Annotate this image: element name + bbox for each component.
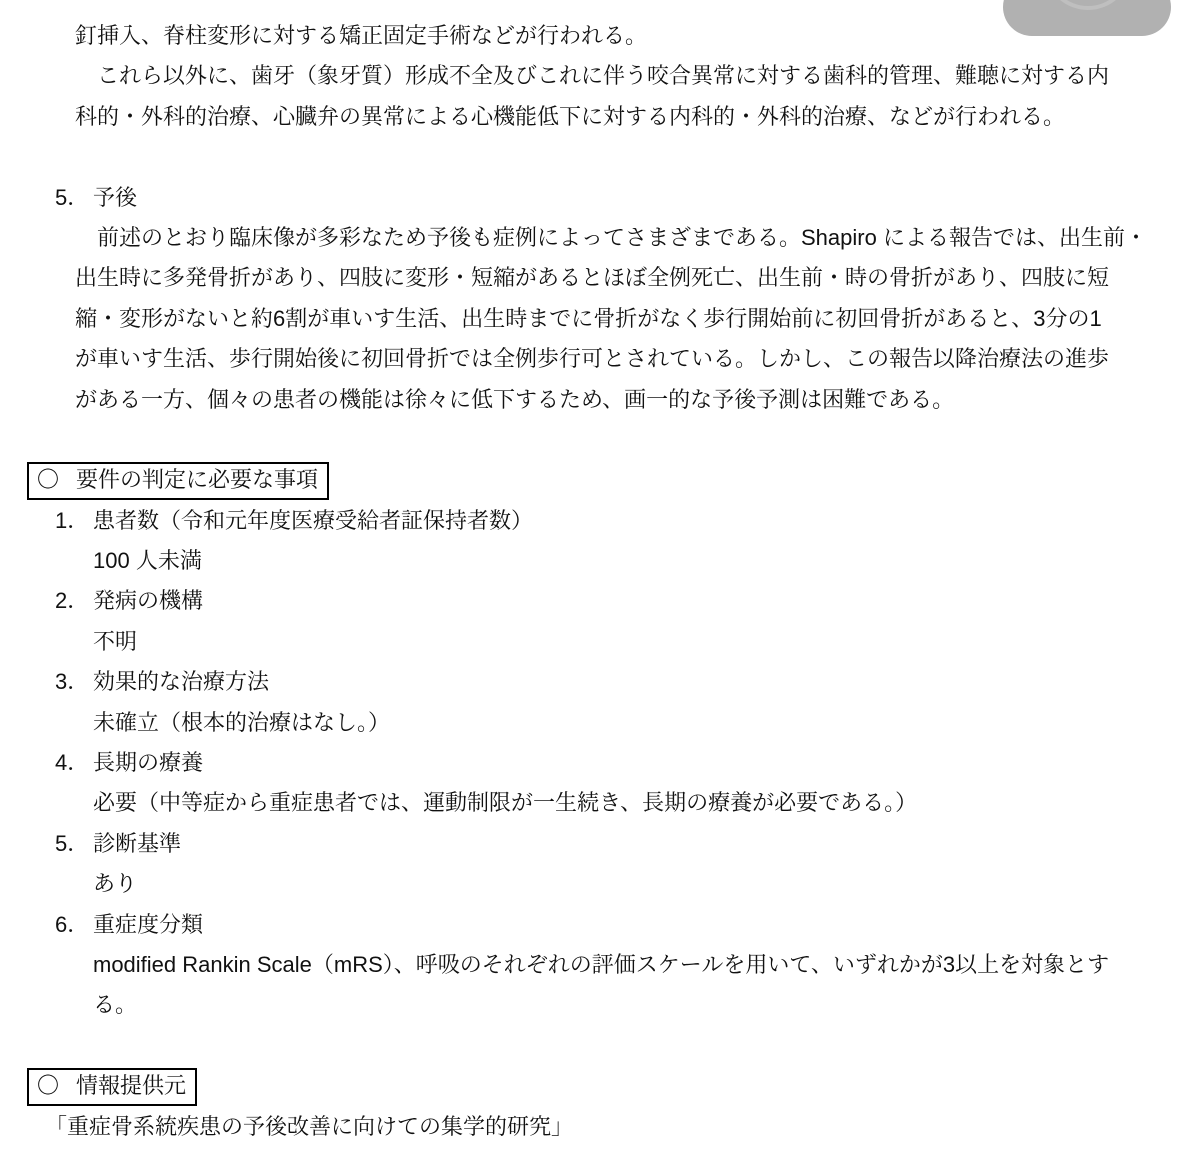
requirement-item-5-heading: 5．診断基準 — [55, 824, 1178, 864]
requirement-item-1-value: 100 人未満 — [93, 541, 1178, 581]
requirement-item-6-value-line-1: modified Rankin Scale（mRS）、呼吸のそれぞれの評価スケー… — [93, 945, 1178, 985]
prognosis-line-3: 縮・変形がないと約6割が車いす生活、出生時までに骨折がなく歩行開始前に初回骨折が… — [75, 299, 1178, 339]
requirement-item-3-heading: 3．効果的な治療方法 — [55, 662, 1178, 702]
item-label: 長期の療養 — [93, 750, 203, 775]
item-label: 診断基準 — [93, 831, 181, 856]
prognosis-line-2: 出生時に多発骨折があり、四肢に変形・短縮があるとほぼ全例死亡、出生前・時の骨折が… — [75, 258, 1178, 298]
source-boxed-heading: 〇情報提供元 — [27, 1068, 197, 1106]
item-number: 1． — [55, 501, 93, 541]
requirement-item-6-heading: 6．重症度分類 — [55, 905, 1178, 945]
prognosis-line-5: がある一方、個々の患者の機能は徐々に低下するため、画一的な予後予測は困難である。 — [75, 380, 1178, 420]
prognosis-number: 5． — [55, 178, 93, 218]
document-body: 釘挿入、脊柱変形に対する矯正固定手術などが行われる。 これら以外に、歯牙（象牙質… — [0, 0, 1178, 1147]
item-number: 2． — [55, 581, 93, 621]
requirements-boxed-heading: 〇要件の判定に必要な事項 — [27, 462, 329, 500]
floating-pill-overlay[interactable] — [1003, 0, 1171, 36]
spacer — [0, 420, 1178, 460]
item-label: 重症度分類 — [93, 912, 203, 937]
circle-marker: 〇 — [37, 1073, 59, 1098]
prognosis-title: 予後 — [93, 185, 137, 210]
requirement-item-3-value: 未確立（根本的治療はなし。） — [93, 703, 1178, 743]
source-heading-row: 〇情報提供元 — [27, 1066, 1178, 1106]
requirements-heading-row: 〇要件の判定に必要な事項 — [27, 460, 1178, 500]
prognosis-line-4: が車いす生活、歩行開始後に初回骨折では全例歩行可とされている。しかし、この報告以… — [75, 339, 1178, 379]
spacer — [0, 1026, 1178, 1066]
item-number: 3． — [55, 662, 93, 702]
pill-ring-icon — [1044, 0, 1132, 10]
source-line-1: 「重症骨系統疾患の予後改善に向けての集学的研究」 — [45, 1107, 1178, 1147]
requirement-item-5-value: あり — [93, 864, 1178, 904]
circle-marker: 〇 — [37, 467, 59, 492]
prognosis-line-1: 前述のとおり臨床像が多彩なため予後も症例によってさまざまである。Shapiro … — [97, 218, 1178, 258]
requirements-heading-title: 要件の判定に必要な事項 — [76, 467, 318, 492]
requirement-item-2-heading: 2．発病の機構 — [55, 581, 1178, 621]
treatment-line-2: これら以外に、歯牙（象牙質）形成不全及びこれに伴う咬合異常に対する歯科的管理、難… — [97, 56, 1178, 96]
requirement-item-6-value-line-2: る。 — [93, 985, 1178, 1025]
prognosis-heading: 5．予後 — [55, 178, 1178, 218]
requirement-item-2-value: 不明 — [93, 622, 1178, 662]
item-label: 発病の機構 — [93, 588, 203, 613]
spacer — [0, 137, 1178, 177]
treatment-line-3: 科的・外科的治療、心臓弁の異常による心機能低下に対する内科的・外科的治療、などが… — [75, 97, 1178, 137]
source-heading-title: 情報提供元 — [76, 1073, 186, 1098]
item-label: 患者数（令和元年度医療受給者証保持者数） — [93, 508, 533, 533]
requirement-item-4-value: 必要（中等症から重症患者では、運動制限が一生続き、長期の療養が必要である。） — [93, 783, 1178, 823]
document-page: 釘挿入、脊柱変形に対する矯正固定手術などが行われる。 これら以外に、歯牙（象牙質… — [0, 0, 1178, 1158]
item-number: 4． — [55, 743, 93, 783]
item-label: 効果的な治療方法 — [93, 669, 269, 694]
item-number: 6． — [55, 905, 93, 945]
item-number: 5． — [55, 824, 93, 864]
requirement-item-1-heading: 1．患者数（令和元年度医療受給者証保持者数） — [55, 501, 1178, 541]
requirement-item-4-heading: 4．長期の療養 — [55, 743, 1178, 783]
